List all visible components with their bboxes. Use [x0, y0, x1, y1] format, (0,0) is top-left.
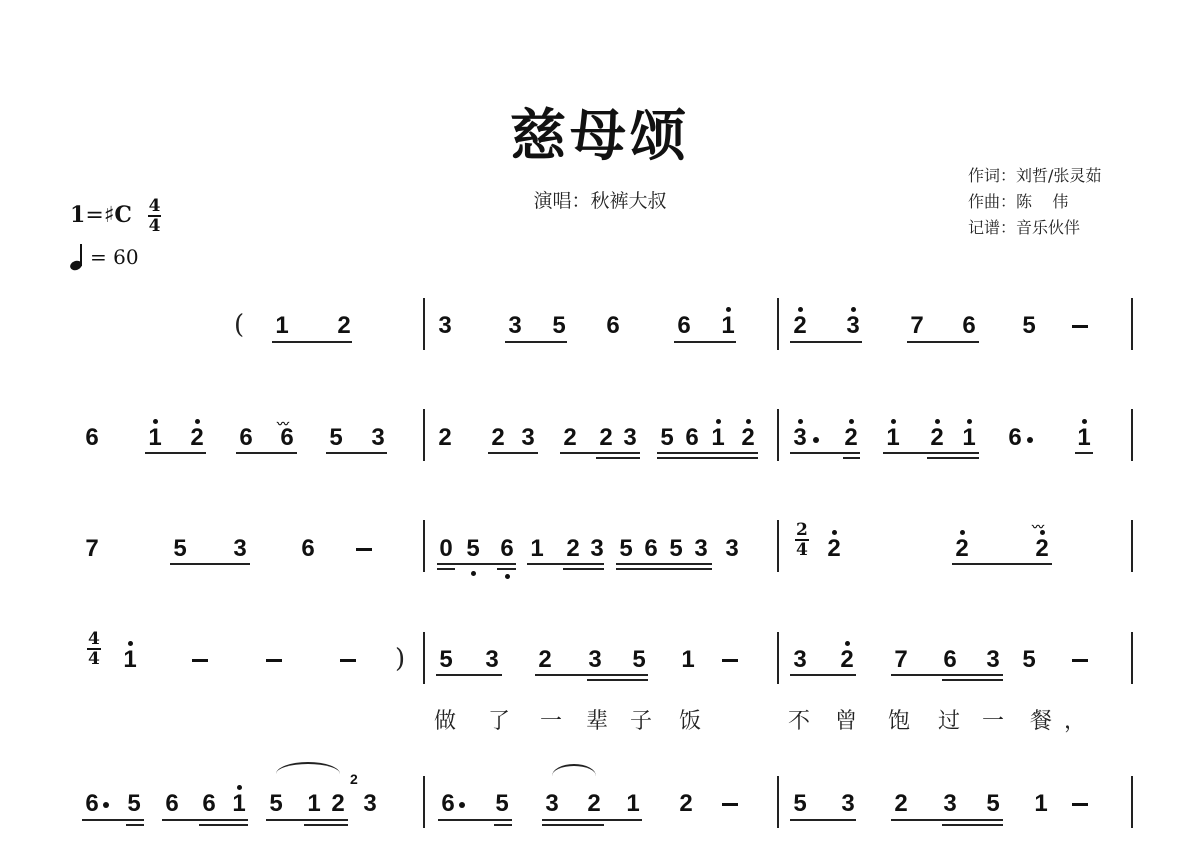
beam — [527, 563, 604, 565]
note: 1 — [270, 312, 294, 340]
tempo-equals: = — [90, 245, 107, 269]
note: 6 — [1003, 424, 1027, 452]
barline — [777, 298, 779, 350]
note: 6 — [234, 424, 258, 452]
note: 2 — [486, 424, 510, 452]
note-high: 1 — [957, 424, 981, 452]
note: 6 — [672, 312, 696, 340]
note: 2 — [889, 790, 913, 818]
note: 3 — [689, 535, 713, 563]
note: 1 — [302, 790, 326, 818]
beam — [82, 819, 144, 821]
note: 6 — [601, 312, 625, 340]
augmentation-dot — [813, 437, 819, 443]
note: 3 — [585, 535, 609, 563]
note-low: 5 — [461, 535, 485, 563]
note: 3 — [366, 424, 390, 452]
note: 3 — [540, 790, 564, 818]
note-low: 6 — [495, 535, 519, 563]
composer-credit: 作曲：陈 伟 — [968, 189, 1101, 215]
grace-note: 2 — [350, 771, 358, 787]
note: 7 — [905, 312, 929, 340]
beam — [488, 452, 538, 454]
beam — [843, 457, 860, 459]
barline — [423, 632, 425, 684]
beam — [674, 341, 736, 343]
note: 2 — [326, 790, 350, 818]
beam — [437, 563, 516, 565]
note-high: 2 — [185, 424, 209, 452]
note: 1 — [621, 790, 645, 818]
barline — [1131, 409, 1133, 461]
note-high: 2 — [822, 535, 846, 563]
paren-close: ) — [395, 645, 405, 673]
note: 5 — [1017, 646, 1041, 674]
time-change-2-4: 2 4 — [795, 521, 809, 559]
note: 5 — [1017, 312, 1041, 340]
beam — [657, 452, 758, 454]
note: 3 — [480, 646, 504, 674]
barline — [1131, 776, 1133, 828]
note: 6 — [436, 790, 460, 818]
beam — [560, 452, 640, 454]
beam — [170, 563, 250, 565]
sustain-dash — [192, 659, 208, 662]
beam — [596, 457, 640, 459]
note: 5 — [324, 424, 348, 452]
barline — [777, 409, 779, 461]
note: 3 — [358, 790, 382, 818]
note-high: 1 — [118, 646, 142, 674]
time-signature: 4 4 — [148, 197, 162, 235]
beam — [272, 341, 352, 343]
note: 6 — [957, 312, 981, 340]
note: 3 — [720, 535, 744, 563]
note-high: 1 — [227, 790, 251, 818]
beam — [236, 452, 297, 454]
lyric: 饭 — [677, 704, 703, 735]
note-high: 2 — [788, 312, 812, 340]
tempo-marking: = 60 — [70, 244, 139, 270]
beam — [616, 563, 712, 565]
beam — [505, 341, 567, 343]
beam — [304, 824, 348, 826]
beam — [616, 568, 712, 570]
note-high: 3 — [788, 424, 812, 452]
note: 5 — [434, 646, 458, 674]
note: 3 — [503, 312, 527, 340]
song-title: 慈母颂 — [0, 92, 1200, 172]
lyric: 曾 — [833, 704, 859, 735]
sustain-dash — [356, 548, 372, 551]
beam — [927, 457, 979, 459]
note: 5 — [264, 790, 288, 818]
note: 5 — [122, 790, 146, 818]
tempo-bpm: 60 — [113, 245, 138, 269]
beam — [542, 824, 604, 826]
lyric: 过 — [936, 704, 962, 735]
note: 5 — [168, 535, 192, 563]
sustain-dash — [266, 659, 282, 662]
note: 2 — [561, 535, 585, 563]
note: 2 — [433, 424, 457, 452]
augmentation-dot — [459, 802, 465, 808]
note: 3 — [788, 646, 812, 674]
beam — [497, 568, 516, 570]
augmentation-dot — [103, 802, 109, 808]
note-high: 2 — [736, 424, 760, 452]
note: 6 — [296, 535, 320, 563]
note: 2 — [582, 790, 606, 818]
note: 5 — [655, 424, 679, 452]
note: 6 — [938, 646, 962, 674]
beam — [952, 563, 1052, 565]
beam — [438, 819, 512, 821]
note: 2 — [332, 312, 356, 340]
note: 5 — [627, 646, 651, 674]
barline — [423, 776, 425, 828]
note: 3 — [981, 646, 1005, 674]
note: 6 — [197, 790, 221, 818]
lyric: 一 — [538, 704, 564, 735]
note: 6 — [80, 424, 104, 452]
transcriber-credit: 记谱：音乐伙伴 — [968, 215, 1101, 241]
sustain-dash — [722, 659, 738, 662]
beam — [266, 819, 348, 821]
paren-open: ( — [234, 311, 244, 339]
lyricist-credit: 作词：刘哲/张灵茹 — [968, 163, 1101, 189]
beam — [563, 568, 604, 570]
note: 7 — [80, 535, 104, 563]
note-high: 2 — [925, 424, 949, 452]
note: 2 — [533, 646, 557, 674]
beam — [790, 819, 856, 821]
note: 5 — [981, 790, 1005, 818]
time-change-4-4: 4 4 — [87, 630, 101, 668]
beam — [162, 819, 248, 821]
barline — [1131, 632, 1133, 684]
key-name: ♯C — [104, 202, 132, 228]
note: 2 — [594, 424, 618, 452]
sustain-dash — [1072, 659, 1088, 662]
beam — [790, 674, 856, 676]
note: 1 — [1029, 790, 1053, 818]
beam — [126, 824, 144, 826]
note-high: 1 — [706, 424, 730, 452]
barline — [423, 298, 425, 350]
augmentation-dot — [1027, 437, 1033, 443]
sustain-dash — [340, 659, 356, 662]
note: 5 — [664, 535, 688, 563]
barline — [777, 776, 779, 828]
note: 0 — [434, 535, 458, 563]
note-high-mordent: 2〰 — [1030, 535, 1054, 563]
note: 3 — [583, 646, 607, 674]
note-high: 1 — [1072, 424, 1096, 452]
note: 5 — [490, 790, 514, 818]
note: 2 — [674, 790, 698, 818]
key-equals: = — [85, 203, 103, 228]
beam — [587, 679, 648, 681]
time-denominator: 4 — [148, 217, 162, 235]
note: 3 — [618, 424, 642, 452]
sustain-dash — [1072, 803, 1088, 806]
mordent-icon: 〰 — [1032, 513, 1041, 541]
beam — [326, 452, 387, 454]
note: 2 — [558, 424, 582, 452]
barline — [777, 520, 779, 572]
beam — [542, 819, 642, 821]
note-high: 1 — [716, 312, 740, 340]
beam — [942, 824, 1003, 826]
lyric: 不 — [786, 704, 812, 735]
lyric: 一 — [980, 704, 1006, 735]
beam — [535, 674, 648, 676]
sustain-dash — [1072, 325, 1088, 328]
note-high: 2 — [839, 424, 863, 452]
beam — [891, 674, 1003, 676]
lyric: 餐 — [1028, 704, 1054, 735]
sustain-dash — [722, 803, 738, 806]
note: 6 — [680, 424, 704, 452]
note-high: 2 — [950, 535, 974, 563]
barline — [423, 520, 425, 572]
lyric: 辈 — [584, 704, 610, 735]
note-high: 3 — [841, 312, 865, 340]
beam — [942, 679, 1003, 681]
beam — [883, 452, 979, 454]
note-mordent: 6〰 — [275, 424, 299, 452]
beam — [145, 452, 206, 454]
note: 7 — [889, 646, 913, 674]
lyric: 饱 — [886, 704, 912, 735]
beam — [437, 568, 455, 570]
note: 6 — [639, 535, 663, 563]
time-numerator: 4 — [148, 197, 162, 217]
note: 6 — [80, 790, 104, 818]
beam — [436, 674, 502, 676]
barline — [1131, 298, 1133, 350]
note-high: 2 — [835, 646, 859, 674]
note: 5 — [614, 535, 638, 563]
beam — [199, 824, 248, 826]
note: 5 — [547, 312, 571, 340]
note: 3 — [938, 790, 962, 818]
note: 6 — [160, 790, 184, 818]
note: 3 — [228, 535, 252, 563]
beam — [657, 457, 758, 459]
beam — [790, 452, 860, 454]
quarter-note-icon — [70, 244, 84, 270]
lyric: 做 — [432, 704, 458, 735]
lyric: 了 — [486, 704, 512, 735]
mordent-icon: 〰 — [277, 410, 286, 438]
lyric: 子 — [628, 704, 654, 735]
note: 3 — [516, 424, 540, 452]
barline — [423, 409, 425, 461]
note: 1 — [525, 535, 549, 563]
key-tonic: 1 — [70, 202, 85, 228]
credits-block: 作词：刘哲/张灵茹 作曲：陈 伟 记谱：音乐伙伴 — [968, 163, 1101, 241]
note-high: 1 — [881, 424, 905, 452]
beam — [907, 341, 979, 343]
beam — [790, 341, 862, 343]
note: 1 — [676, 646, 700, 674]
slur — [552, 764, 596, 776]
note: 3 — [433, 312, 457, 340]
note-high: 1 — [143, 424, 167, 452]
beam — [1075, 452, 1093, 454]
slur — [276, 762, 340, 774]
barline — [777, 632, 779, 684]
note: 5 — [788, 790, 812, 818]
beam — [891, 819, 1003, 821]
note: 3 — [836, 790, 860, 818]
barline — [1131, 520, 1133, 572]
beam — [494, 824, 512, 826]
key-signature: 1=♯C 4 4 — [70, 197, 161, 235]
lyric-punct: ， — [1062, 704, 1088, 735]
